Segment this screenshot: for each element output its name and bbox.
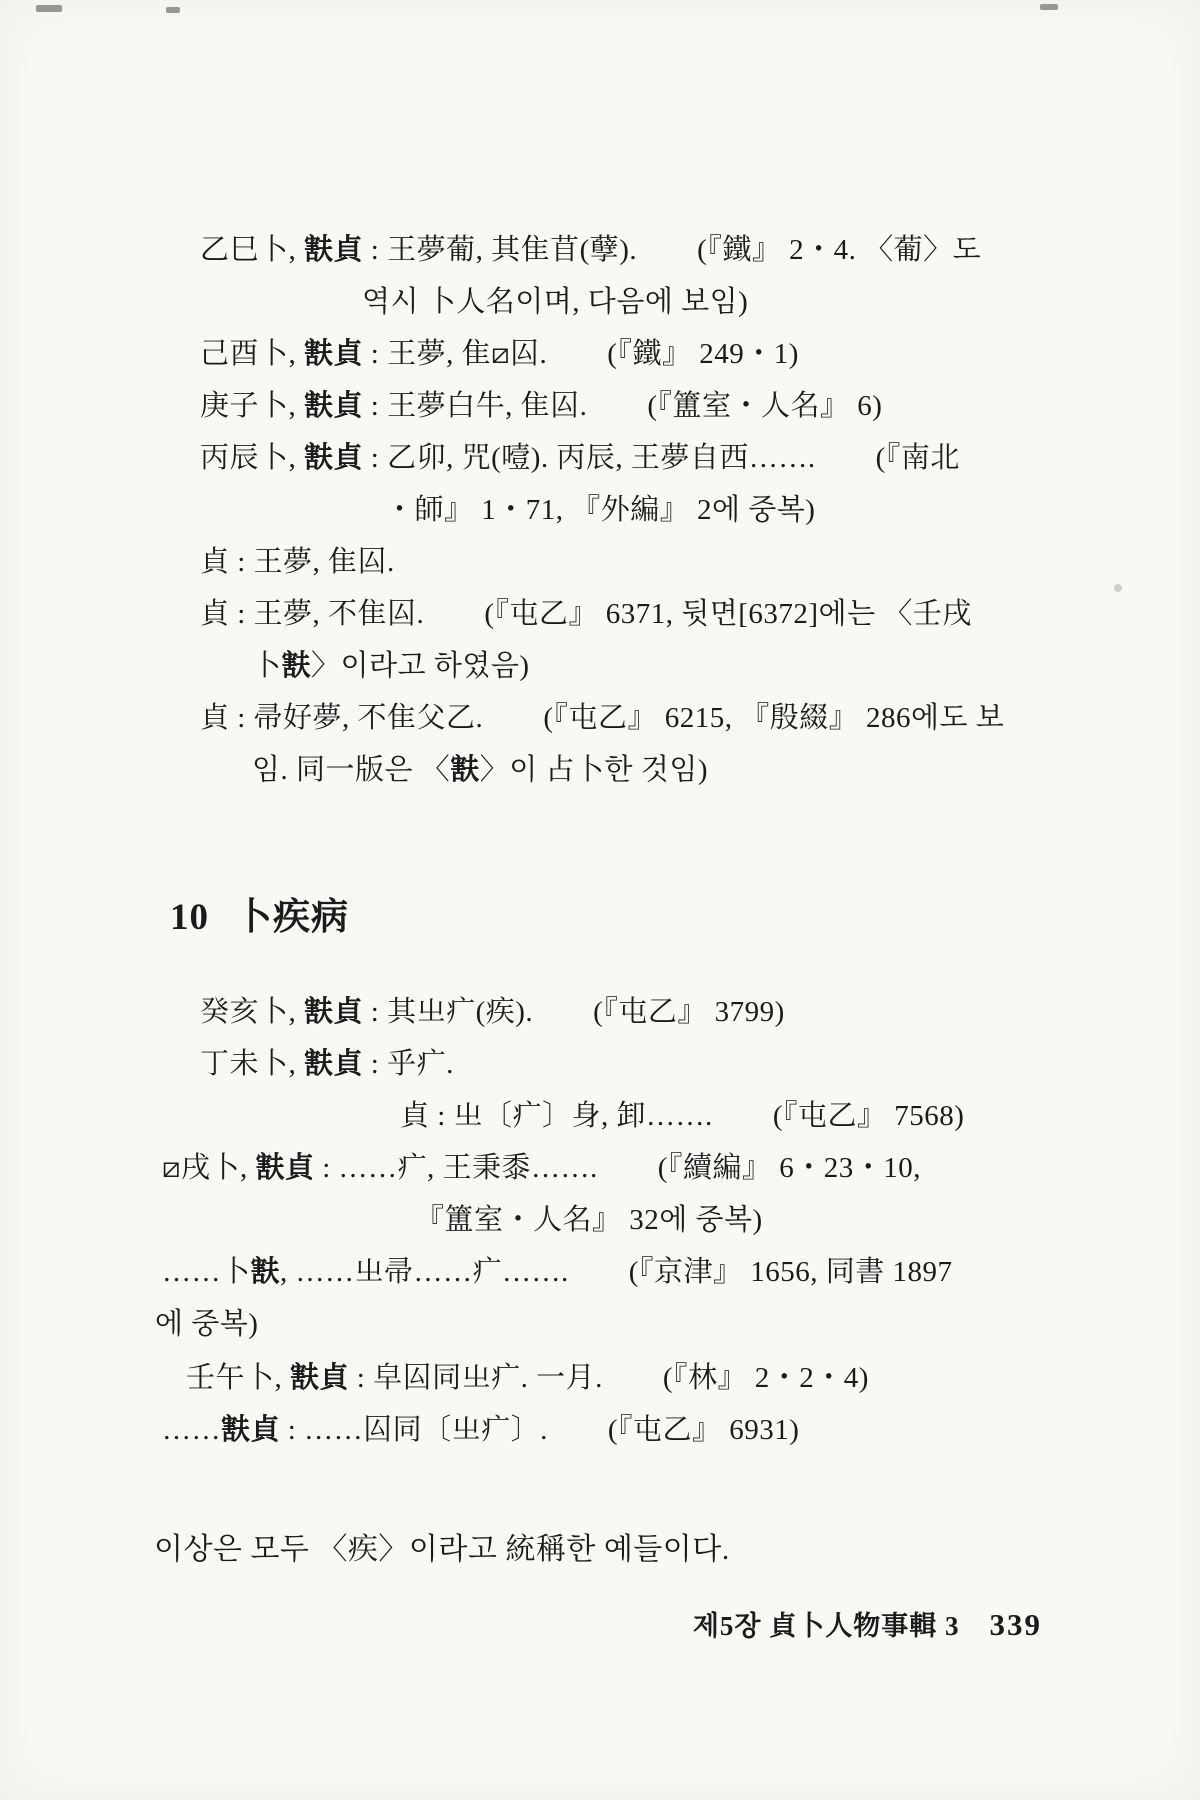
text-line: 己酉卜, 㝬貞 : 王夢, 隹⧄囜.(『鐵』 249・1): [200, 337, 799, 371]
text-segment: ⧄戌卜,: [162, 1152, 255, 1184]
text-segment: : ……囜同〔㞢疒〕.: [280, 1414, 548, 1446]
text-line: 壬午卜, 㝬貞 : 皁囜同㞢疒. 一月.(『林』 2・2・4): [186, 1361, 869, 1395]
citation-segment: (『屯乙』 3799): [593, 996, 785, 1028]
text-segment: , ……㞢帚……疒…….: [280, 1256, 569, 1288]
citation-segment: (『南北: [876, 442, 960, 474]
text-line: 貞 : 王夢, 不隹囜.(『屯乙』 6371, 뒷면[6372]에는 〈壬戌: [200, 597, 972, 631]
text-segment: 㝬貞: [304, 338, 363, 370]
text-segment: 〉이라고 하였음): [311, 650, 530, 682]
text-segment: 丁未卜,: [200, 1048, 304, 1080]
text-segment: 壬午卜,: [186, 1362, 290, 1394]
section-number: 10: [170, 897, 209, 938]
text-segment: 庚子卜,: [200, 390, 304, 422]
text-segment: 㝬: [251, 1256, 281, 1288]
text-segment: ・師』 1・71, 『外編』 2에 중복): [385, 494, 815, 526]
citation-segment: (『屯乙』 6215, 『殷綴』 286에도 보: [543, 702, 1004, 734]
book-page: 10卜疾病 乙巳卜, 㝬貞 : 王夢葡, 其隹苜(孽).(『鐵』 2・4. 〈葡…: [0, 0, 1200, 1800]
text-line: 貞 : 王夢, 隹囜.: [200, 545, 395, 579]
text-line: 庚子卜, 㝬貞 : 王夢白牛, 隹囜.(『簠室・人名』 6): [200, 389, 882, 423]
text-segment: 貞 : 王夢, 不隹囜.: [200, 598, 424, 630]
citation-segment: (『屯乙』 6931): [608, 1414, 800, 1446]
text-segment: 㝬貞: [221, 1414, 280, 1446]
scan-artifact: [1040, 4, 1058, 10]
text-segment: 㝬貞: [255, 1152, 314, 1184]
text-segment: 㝬: [282, 650, 312, 682]
text-segment: ……卜: [162, 1256, 251, 1288]
text-line: 卜㝬〉이라고 하였음): [252, 649, 530, 683]
citation-segment: (『簠室・人名』 6): [647, 390, 882, 422]
text-segment: ……: [162, 1414, 221, 1446]
text-segment: 乙巳卜,: [200, 234, 304, 266]
text-segment: 貞 : 王夢, 隹囜.: [200, 546, 395, 578]
citation-segment: (『屯乙』 7568): [773, 1100, 965, 1132]
text-line: ⧄戌卜, 㝬貞 : ……疒, 王秉黍…….(『續編』 6・23・10,: [162, 1151, 921, 1185]
text-segment: 癸亥卜,: [200, 996, 304, 1028]
citation-segment: (『林』 2・2・4): [663, 1362, 869, 1394]
text-segment: : 王夢白牛, 隹囜.: [363, 390, 587, 422]
text-segment: 卜: [252, 650, 282, 682]
text-segment: 貞 : 帚好夢, 不隹父乙.: [200, 702, 483, 734]
text-segment: : 王夢, 隹⧄囜.: [363, 338, 547, 370]
text-line: ・師』 1・71, 『外編』 2에 중복): [385, 493, 815, 527]
text-line: 貞 : 帚好夢, 不隹父乙.(『屯乙』 6215, 『殷綴』 286에도 보: [200, 701, 1004, 735]
text-line: ……㝬貞 : ……囜同〔㞢疒〕.(『屯乙』 6931): [162, 1413, 799, 1447]
citation-segment: (『鐵』 2・4. 〈葡〉도: [697, 234, 981, 266]
text-segment: 㝬: [450, 754, 480, 786]
text-segment: 㝬貞: [304, 390, 363, 422]
text-segment: 貞 : 㞢〔疒〕身, 卸…….: [400, 1100, 713, 1132]
text-segment: 임. 同一版은 〈: [252, 754, 450, 786]
citation-segment: (『屯乙』 6371, 뒷면[6372]에는 〈壬戌: [484, 598, 972, 630]
text-line: 『簠室・人名』 32에 중복): [415, 1203, 763, 1237]
footer-page-number: 339: [990, 1607, 1043, 1643]
closing-sentence: 이상은 모두 〈疾〉이라고 統稱한 예들이다.: [154, 1524, 730, 1568]
text-segment: 에 중복): [155, 1308, 258, 1340]
scan-artifact: [1114, 584, 1122, 592]
scan-artifact: [36, 5, 62, 12]
section-heading: 10卜疾病: [170, 886, 349, 940]
citation-segment: (『鐵』 249・1): [607, 338, 799, 370]
text-segment: : ……疒, 王秉黍…….: [314, 1152, 597, 1184]
footer-chapter: 제5장 貞卜人物事輯 3: [693, 1604, 960, 1643]
text-line: 역시 卜人名이며, 다음에 보임): [362, 285, 748, 319]
text-segment: 丙辰卜,: [200, 442, 304, 474]
text-segment: : 乎疒.: [363, 1048, 454, 1080]
text-segment: 㝬貞: [304, 996, 363, 1028]
text-segment: : 其㞢疒(疾).: [363, 996, 533, 1028]
text-line: ……卜㝬, ……㞢帚……疒…….(『京津』 1656, 同書 1897: [162, 1255, 952, 1289]
scan-artifact: [166, 7, 180, 13]
section-title: 卜疾病: [235, 897, 349, 938]
text-segment: : 乙卯, 咒(噎). 丙辰, 王夢自西…….: [363, 442, 816, 474]
text-line: 丁未卜, 㝬貞 : 乎疒.: [200, 1047, 454, 1081]
text-segment: : 王夢葡, 其隹苜(孽).: [363, 234, 637, 266]
text-segment: 㝬貞: [290, 1362, 349, 1394]
text-segment: 㝬貞: [304, 234, 363, 266]
text-segment: 역시 卜人名이며, 다음에 보임): [362, 286, 748, 318]
citation-segment: (『京津』 1656, 同書 1897: [629, 1256, 953, 1288]
text-segment: 己酉卜,: [200, 338, 304, 370]
text-segment: 〉이 占卜한 것임): [480, 754, 708, 786]
text-line: 丙辰卜, 㝬貞 : 乙卯, 咒(噎). 丙辰, 王夢自西…….(『南北: [200, 441, 960, 475]
text-segment: 㝬貞: [304, 1048, 363, 1080]
citation-segment: (『續編』 6・23・10,: [658, 1152, 921, 1184]
text-segment: : 皁囜同㞢疒. 一月.: [349, 1362, 603, 1394]
text-segment: 㝬貞: [304, 442, 363, 474]
text-line: 癸亥卜, 㝬貞 : 其㞢疒(疾).(『屯乙』 3799): [200, 995, 785, 1029]
text-line: 乙巳卜, 㝬貞 : 王夢葡, 其隹苜(孽).(『鐵』 2・4. 〈葡〉도: [200, 233, 981, 267]
text-line: 임. 同一版은 〈㝬〉이 占卜한 것임): [252, 753, 708, 787]
page-footer: 제5장 貞卜人物事輯 3 339: [693, 1604, 1042, 1643]
text-segment: 『簠室・人名』 32에 중복): [415, 1204, 763, 1236]
text-line: 에 중복): [155, 1307, 258, 1341]
text-line: 貞 : 㞢〔疒〕身, 卸…….(『屯乙』 7568): [400, 1099, 964, 1133]
